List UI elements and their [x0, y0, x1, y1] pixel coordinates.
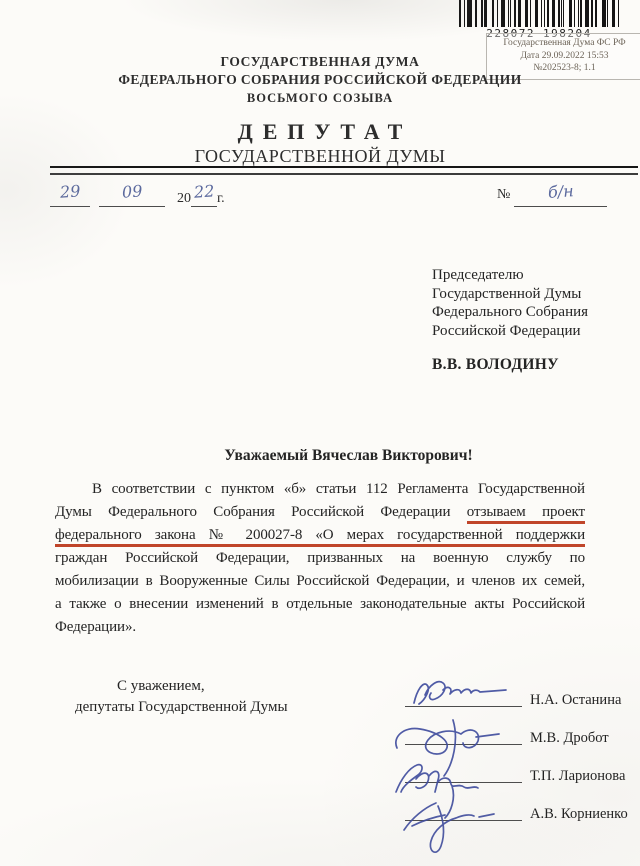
handwritten-number: б/н [547, 181, 574, 202]
salutation: Уважаемый Вячеслав Викторович! [100, 447, 597, 465]
signatory-name: М.В. Дробот [530, 730, 609, 747]
barcode-bars-icon [459, 0, 619, 27]
letterhead-divider [50, 166, 638, 175]
signatory-name: Т.П. Ларионова [530, 768, 625, 785]
addressee-line: Государственной Думы [432, 285, 588, 304]
scanned-letter-page: 228072 198204 Государственная Дума ФС РФ… [0, 0, 640, 866]
date-number-line: 29092022г. № б/н [0, 182, 640, 212]
body-line: граждан Российской Федерации, призванных… [55, 547, 585, 570]
number-field-group: № б/н [497, 182, 607, 207]
body-line: федерального закона № 200027-8 «О мерах … [55, 524, 585, 547]
letterhead-subtitle: ГОСУДАРСТВЕННОЙ ДУМЫ [0, 146, 640, 167]
signature-line [405, 744, 522, 745]
signature-line [405, 782, 522, 783]
number-field: б/н [514, 182, 607, 207]
body-line: мобилизации в Вооруженные Силы Российско… [55, 570, 585, 593]
addressee-block: Председателю Государственной Думы Федера… [432, 266, 588, 375]
number-sign: № [497, 187, 510, 202]
org-name-line2: ФЕДЕРАЛЬНОГО СОБРАНИЯ РОССИЙСКОЙ ФЕДЕРАЦ… [0, 72, 640, 88]
org-name-line1: ГОСУДАРСТВЕННАЯ ДУМА [0, 54, 640, 70]
signatory-name: А.В. Корниенко [530, 806, 628, 823]
stamp-org: Государственная Дума ФС РФ [489, 37, 640, 50]
letterhead-title: ДЕПУТАТ [0, 119, 640, 145]
closing-line: С уважением, [55, 676, 288, 697]
body-line: Думы Федерального Собрания Российской Фе… [55, 501, 585, 524]
red-underlined-text: федерального закона № 200027-8 «О мерах … [55, 527, 585, 547]
handwritten-year: 22 [193, 181, 215, 201]
closing-line: депутаты Государственной Думы [55, 697, 288, 718]
day-field: 29 [50, 182, 90, 207]
addressee-line: Председателю [432, 266, 588, 285]
month-field: 09 [99, 182, 165, 207]
body-line: а также о внесении изменений в отдельные… [55, 593, 585, 616]
year-field: 22 [191, 182, 217, 207]
handwritten-month: 09 [121, 181, 143, 201]
date-fields: 29092022г. [50, 182, 225, 207]
signature-line [405, 706, 522, 707]
signature-row: Т.П. Ларионова [405, 760, 640, 790]
signature-line [405, 820, 522, 821]
addressee-name: В.В. ВОЛОДИНУ [432, 356, 588, 375]
red-underlined-text: отзываем проект [467, 504, 585, 524]
addressee-line: Российской Федерации [432, 322, 588, 341]
signatory-name: Н.А. Останина [530, 692, 621, 709]
letterhead: ГОСУДАРСТВЕННАЯ ДУМА ФЕДЕРАЛЬНОГО СОБРАН… [0, 54, 640, 167]
body-paragraph: В соответствии с пунктом «б» статьи 112 … [55, 478, 585, 639]
year-unit: г. [217, 191, 225, 206]
signature-row: А.В. Корниенко [405, 798, 640, 828]
addressee-line: Федерального Собрания [432, 303, 588, 322]
year-prefix: 20 [177, 191, 191, 206]
signature-row: М.В. Дробот [405, 722, 640, 752]
org-name-line3: ВОСЬМОГО СОЗЫВА [0, 91, 640, 106]
body-line: Федерации». [55, 616, 585, 639]
handwritten-day: 29 [59, 181, 81, 201]
signature-row: Н.А. Останина [405, 684, 640, 714]
body-line: В соответствии с пунктом «б» статьи 112 … [55, 478, 585, 501]
closing-block: С уважением, депутаты Государственной Ду… [55, 676, 288, 718]
